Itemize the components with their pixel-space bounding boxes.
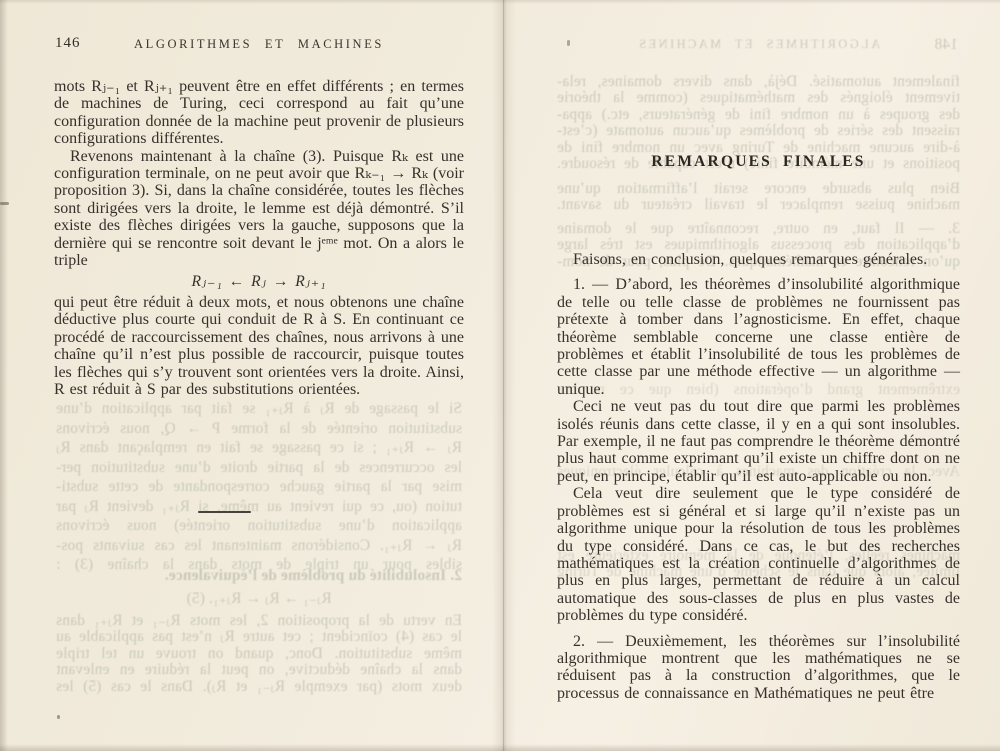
ghost-line: le cas (4) coïncident ; cet autre Rⱼ n’e… [56, 629, 462, 645]
paper-speck [0, 202, 9, 205]
running-header-row: 146 ALGORITHMES ET MACHINES [54, 35, 464, 55]
paragraph: Faisons, en conclusion, quelques remarqu… [557, 251, 960, 268]
chapter-heading: REMARQUES FINALES [557, 35, 960, 171]
ghost-line: deux mots (par exemple Rⱼ₋₁ et Rⱼ). Dans… [56, 679, 462, 695]
ghost-line: dans la chaîne déductive, on peut la réd… [56, 662, 462, 678]
running-header: ALGORITHMES ET MACHINES [54, 37, 464, 52]
paragraph: 1. — D’abord, les théorèmes d’insolubili… [557, 276, 960, 398]
paragraph: Ceci ne veut pas du tout dire que parmi … [557, 398, 960, 485]
ghost-section-heading: 2. Insolubilité du problème de l’équival… [56, 566, 462, 586]
book-scan-photo: Si le passage de Rⱼ à Rⱼ₊₁ se fait par a… [0, 0, 1000, 751]
page-edge-shadow-left [0, 0, 8, 751]
ghost-line: même substitution. Donc, quand on trouve… [56, 646, 462, 662]
ghost-text-block-left-bottom: En vertu de la proposition 2, les mots R… [56, 613, 462, 695]
paragraph: Revenons maintenant à la chaîne (3). Pui… [54, 148, 464, 270]
left-page: 146 ALGORITHMES ET MACHINES mots Rⱼ₋₁ et… [54, 35, 464, 398]
ghost-line: Si le passage de Rⱼ à Rⱼ₊₁ se fait par a… [56, 399, 462, 419]
ghost-formula: Rⱼ₋₁ → Rⱼ ← Rⱼ₊₁. (5) [56, 589, 462, 609]
displayed-formula: Rⱼ₋₁ ← Rⱼ → Rⱼ₊₁ [54, 273, 464, 290]
ghost-line: Rⱼ₋₁ → Rⱼ ← Rⱼ₊₁. (5) [56, 589, 462, 609]
body-text: mots Rⱼ₋₁ et Rⱼ₊₁ peuvent être en effet … [54, 78, 464, 398]
right-page: REMARQUES FINALES Faisons, en conclusion… [557, 35, 960, 702]
ghost-line: mise par la partie gauche correspondante… [56, 477, 462, 497]
paragraph: mots Rⱼ₋₁ et Rⱼ₊₁ peuvent être en effet … [54, 78, 464, 148]
ghost-line: Rⱼ → Rⱼ₊₁ ; si ce passage se fait en rem… [56, 438, 462, 458]
section-end-rule [198, 511, 251, 513]
body-text: Faisons, en conclusion, quelques remarqu… [557, 251, 960, 702]
book-gutter-shadow [492, 0, 516, 751]
ghost-line: Rⱼ ← Rⱼ₊₁. Considérons maintenant les ca… [56, 536, 462, 556]
ghost-line: tution (ou, ce qui revient au même, si R… [56, 497, 462, 517]
paragraph: 2. — Deuxièmement, les théorèmes sur l’i… [557, 633, 960, 703]
ghost-line: substitution orientée de la forme P → Q,… [56, 419, 462, 439]
paper-speck [567, 40, 570, 46]
ghost-line: application d’une substitution orientée)… [56, 516, 462, 536]
ghost-line: En vertu de la proposition 2, les mots R… [56, 613, 462, 629]
paragraph: qui peut être réduit à deux mots, et nou… [54, 294, 464, 398]
paper-speck [57, 715, 60, 719]
ghost-text-block-left-top: Si le passage de Rⱼ à Rⱼ₊₁ se fait par a… [56, 399, 462, 575]
paragraph: Cela veut dire seulement que le type con… [557, 485, 960, 624]
ghost-line: 2. Insolubilité du problème de l’équival… [56, 566, 462, 586]
gutter-crease-line [503, 0, 504, 751]
ghost-line: les occurrences de la partie droite d’un… [56, 458, 462, 478]
